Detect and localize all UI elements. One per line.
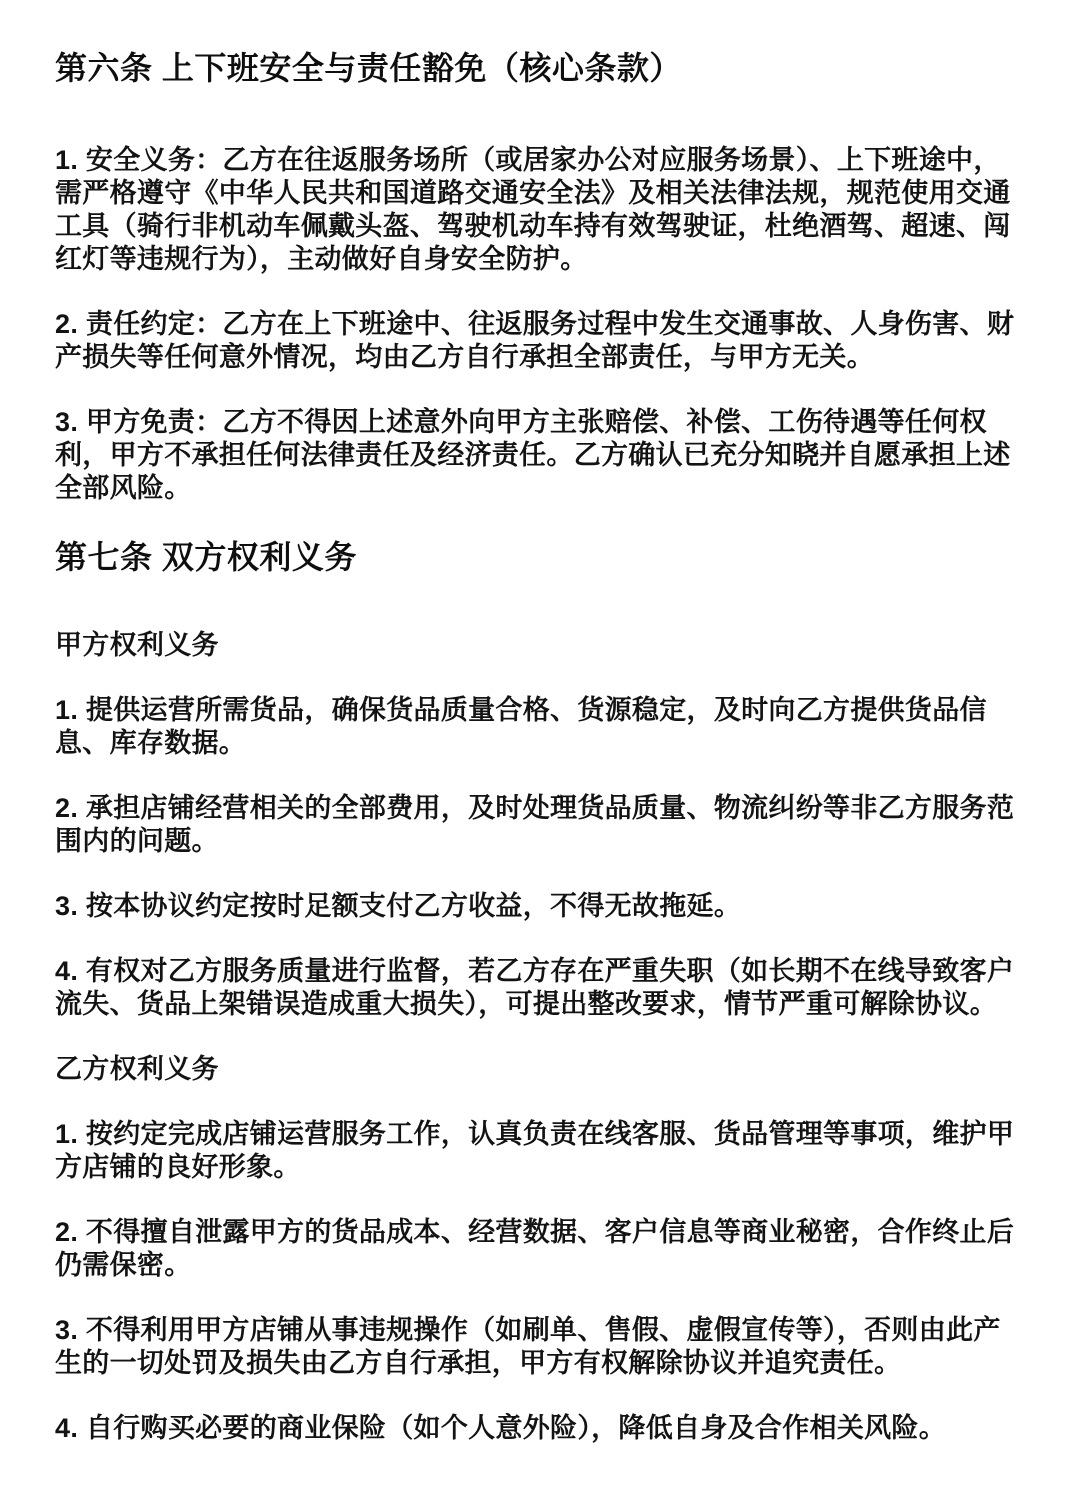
party-b-clause-4: 4. 自行购买必要的商业保险（如个人意外险），降低自身及合作相关风险。 bbox=[55, 1412, 1022, 1445]
section-7-heading: 第七条 双方权利义务 bbox=[55, 537, 1022, 577]
contract-document-page: 第六条 上下班安全与责任豁免（核心条款） 1. 安全义务：乙方在往返服务场所（或… bbox=[0, 0, 1080, 1505]
section-6-clause-2-liability-agreement: 2. 责任约定：乙方在上下班途中、往返服务过程中发生交通事故、人身伤害、财产损失… bbox=[55, 308, 1022, 374]
party-a-rights-subheading: 甲方权利义务 bbox=[55, 629, 1022, 662]
party-b-rights-subheading: 乙方权利义务 bbox=[55, 1053, 1022, 1086]
party-a-clause-3: 3. 按本协议约定按时足额支付乙方收益，不得无故拖延。 bbox=[55, 890, 1022, 923]
party-a-clause-4: 4. 有权对乙方服务质量进行监督，若乙方存在严重失职（如长期不在线导致客户流失、… bbox=[55, 955, 1022, 1021]
section-6-clause-3-party-a-exemption: 3. 甲方免责：乙方不得因上述意外向甲方主张赔偿、补偿、工伤待遇等任何权利，甲方… bbox=[55, 406, 1022, 505]
party-b-clause-1: 1. 按约定完成店铺运营服务工作，认真负责在线客服、货品管理等事项，维护甲方店铺… bbox=[55, 1118, 1022, 1184]
party-b-clause-3: 3. 不得利用甲方店铺从事违规操作（如刷单、售假、虚假宣传等），否则由此产生的一… bbox=[55, 1314, 1022, 1380]
section-6-heading: 第六条 上下班安全与责任豁免（核心条款） bbox=[55, 48, 1022, 88]
party-b-clause-2: 2. 不得擅自泄露甲方的货品成本、经营数据、客户信息等商业秘密，合作终止后仍需保… bbox=[55, 1216, 1022, 1282]
party-a-clause-2: 2. 承担店铺经营相关的全部费用，及时处理货品质量、物流纠纷等非乙方服务范围内的… bbox=[55, 792, 1022, 858]
section-6-clause-1-safety-duty: 1. 安全义务：乙方在往返服务场所（或居家办公对应服务场景）、上下班途中，需严格… bbox=[55, 144, 1022, 276]
party-a-clause-1: 1. 提供运营所需货品，确保货品质量合格、货源稳定，及时向乙方提供货品信息、库存… bbox=[55, 694, 1022, 760]
